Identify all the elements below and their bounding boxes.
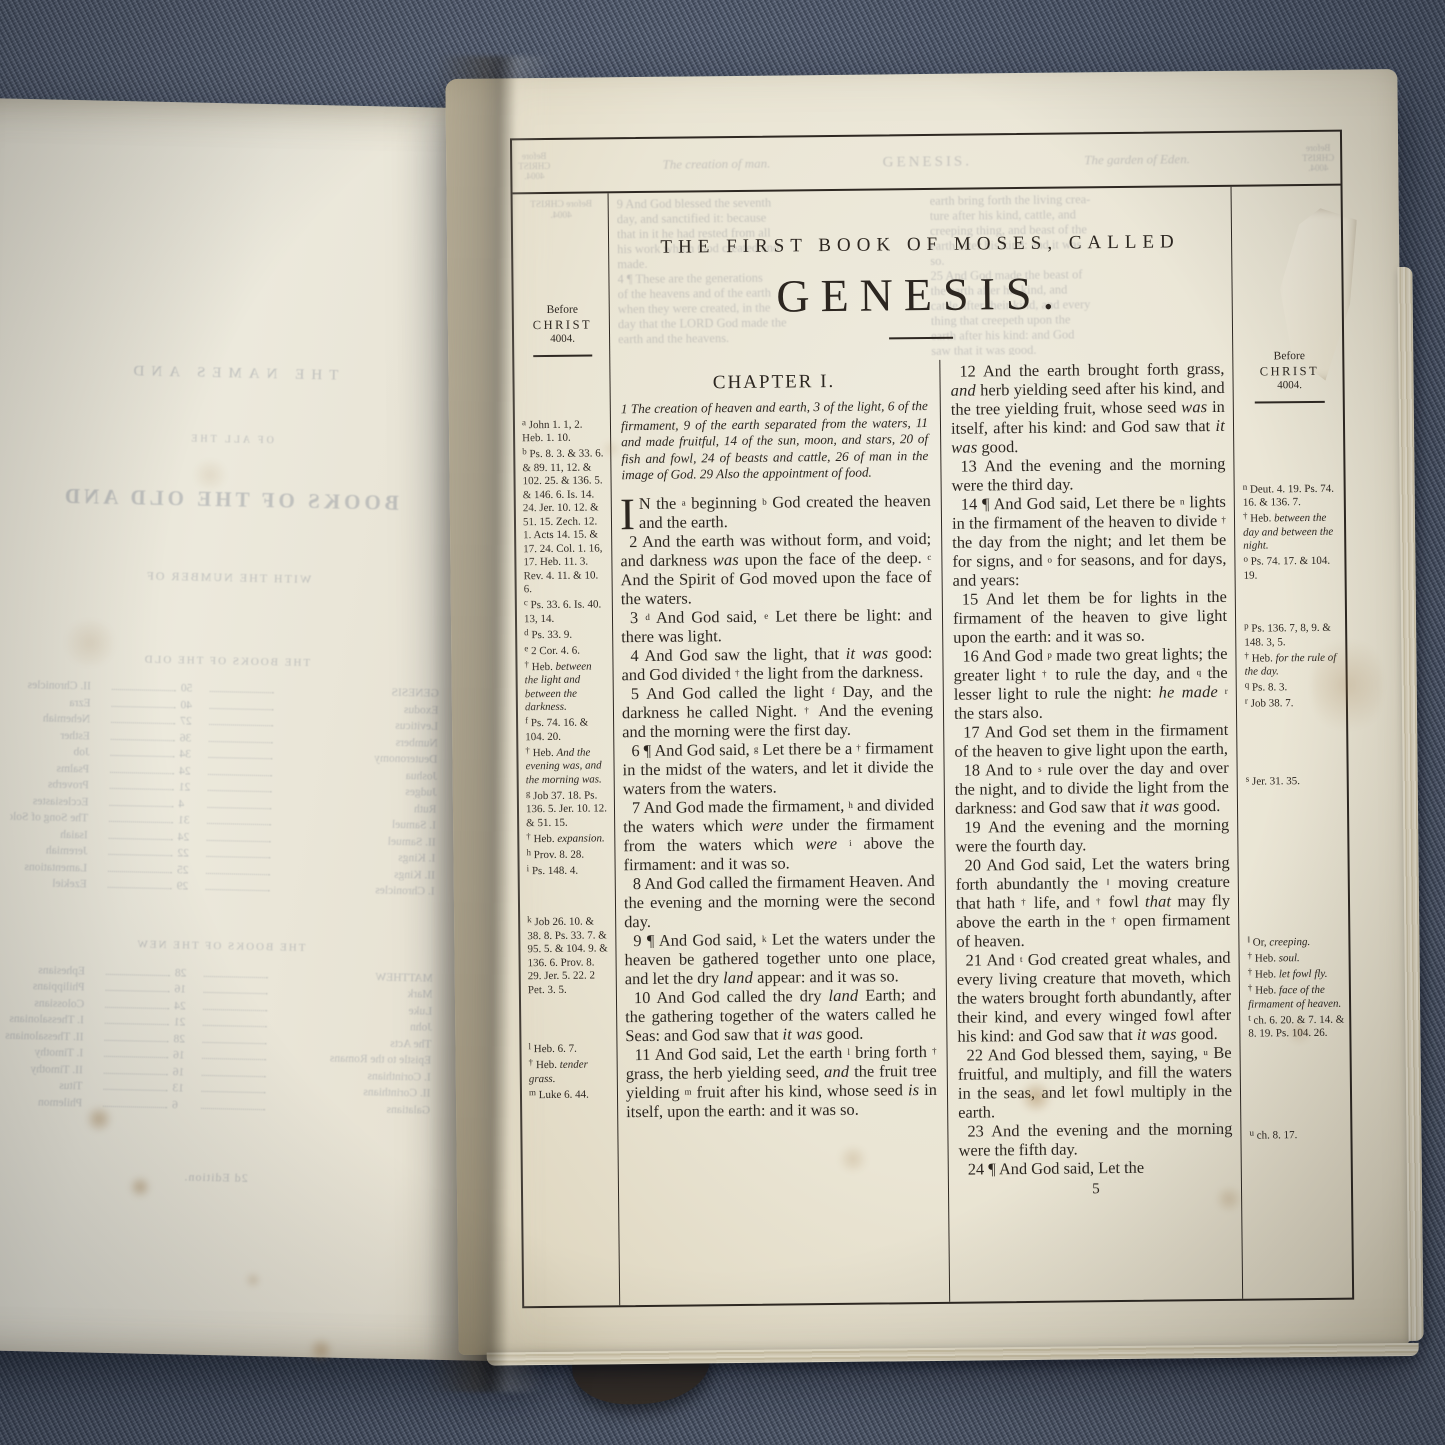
margin-reference: t ch. 6. 20. & 7. 14. & 8. 19. Ps. 104. …	[1248, 1013, 1344, 1041]
running-head-band: BeforeCHRIST4004. The creation of man. G…	[512, 132, 1341, 195]
verse: 16 And God p made two great lights; the …	[953, 644, 1228, 723]
ghost-running-head-center: GENESIS.	[883, 153, 973, 171]
page-edges-bottom	[487, 1343, 1419, 1366]
page-edges-right	[1397, 267, 1423, 1341]
verse: 21 And t God created great whales, and e…	[957, 948, 1232, 1046]
margin-reference: c Ps. 33. 6. Is. 40. 13, 14.	[524, 598, 607, 626]
margin-reference: † Heb. between the light and between the…	[524, 660, 608, 715]
verse: 23 And the evening and the morning were …	[958, 1119, 1232, 1160]
page-grid: Before CHRIST 4004. Before CHRIST 4004. …	[513, 186, 1353, 1307]
ghost-title-line: THE NAMES AND	[19, 361, 445, 387]
left-page-bleedthrough: THE NAMES AND OF ALL THE BOOKS OF THE OL…	[0, 361, 445, 1290]
margin-reference: l Heb. 6. 7.	[528, 1042, 611, 1056]
margin-reference: s Jer. 31. 35.	[1246, 774, 1342, 789]
text-column-1: CHAPTER I. 1 The creation of heaven and …	[610, 360, 950, 1305]
margin-reference: † Heb. expansion.	[526, 832, 609, 846]
margin-reference: p Ps. 136. 7, 8, 9. & 148. 3, 5.	[1244, 622, 1340, 650]
verse: 22 And God blessed them, saying, u Be fr…	[957, 1043, 1232, 1122]
right-page: BeforeCHRIST4004. The creation of man. G…	[445, 69, 1410, 1355]
verse: 5 And God called the light f Day, and th…	[622, 680, 934, 740]
ghost-bc-corner-right: BeforeCHRIST4004.	[1302, 143, 1334, 173]
page-header: 9 And God blessed the seventhday, and sa…	[609, 187, 1233, 364]
printed-frame: BeforeCHRIST4004. The creation of man. G…	[510, 130, 1354, 1309]
verse: 17 And God set them in the firmament of …	[954, 720, 1228, 761]
photo-scene: THE NAMES AND OF ALL THE BOOKS OF THE OL…	[0, 0, 1445, 1445]
verses-12-24: 12 And the earth brought forth grass, an…	[950, 359, 1233, 1179]
margin-reference: k Job 26. 10. & 38. 8. Ps. 33. 7. & 95. …	[527, 915, 611, 997]
margin-reference: a John 1. 1, 2. Heb. 1. 10.	[522, 418, 605, 446]
book-title: GENESIS.	[609, 265, 1232, 325]
chapter-heading: CHAPTER I.	[618, 370, 929, 395]
verse: 11 And God said, Let the earth l bring f…	[625, 1041, 937, 1120]
ghost-running-head-left: The creation of man.	[662, 156, 770, 173]
ghost-books-heading: BOOKS OF THE OLD AND	[17, 483, 443, 517]
verses-1-11: IN the a beginning b God created the hea…	[620, 490, 938, 1120]
margin-reference: m Luke 6. 44.	[529, 1088, 612, 1102]
margin-reference: h Prov. 8. 28.	[526, 848, 609, 862]
margin-reference: n Deut. 4. 19. Ps. 74. 16. & 136. 7.	[1243, 482, 1339, 510]
text-column-2: 12 And the earth brought forth grass, an…	[940, 357, 1242, 1302]
margin-reference: q Ps. 8. 3.	[1245, 681, 1341, 696]
ghost-running-head-right: The garden of Eden.	[1084, 151, 1190, 168]
verse: 13 And the evening and the morning were …	[951, 454, 1225, 495]
chapter-summary: 1 The creation of heaven and earth, 3 of…	[621, 398, 929, 484]
margin-reference: b Ps. 8. 3. & 33. 6. & 89. 11, 12. & 102…	[522, 447, 607, 596]
margin-reference: e 2 Cor. 4. 6.	[524, 644, 607, 658]
verse: 19 And the evening and the morning were …	[955, 815, 1229, 856]
verse: 20 And God said, Let the waters bring fo…	[956, 853, 1231, 951]
margin-reference: u ch. 8. 17.	[1249, 1128, 1345, 1143]
verse: 2 And the earth was without form, and vo…	[620, 528, 932, 607]
margin-reference: † Heb. face of the firmament of heaven.	[1248, 984, 1344, 1012]
verse: 12 And the earth brought forth grass, an…	[950, 359, 1225, 457]
verse: 9 ¶ And God said, k Let the waters under…	[624, 927, 936, 987]
margin-reference: † Heb. And the evening was, and the morn…	[525, 746, 608, 787]
margin-reference: o Ps. 74. 17. & 104. 19.	[1243, 555, 1339, 583]
margin-reference: † Heb. for the rule of the day.	[1244, 651, 1340, 679]
ghost-number-line: WITH THE NUMBER OF	[15, 566, 441, 590]
verse: 3 d And God said, e Let there be light: …	[621, 604, 932, 645]
ghost-bc-corner-left: BeforeCHRIST4004.	[518, 151, 550, 181]
margin-reference: ‖ Or, creeping.	[1247, 936, 1343, 951]
verse: 24 ¶ And God said, Let the	[959, 1157, 1233, 1179]
margin-reference: † Heb. soul.	[1248, 952, 1344, 967]
before-christ-label-left: Before CHRIST 4004.	[521, 303, 605, 356]
verse: 6 ¶ And God said, g Let there be a † fir…	[622, 737, 934, 797]
verse: 14 ¶ And God said, Let there be n lights…	[952, 492, 1227, 590]
verse: IN the a beginning b God created the hea…	[620, 490, 931, 531]
ghost-nt-caption: THE BOOKS OF THE NEW	[7, 935, 433, 956]
label-rule	[1255, 400, 1324, 403]
margin-reference: d Ps. 33. 9.	[524, 628, 607, 642]
margin-reference: f Ps. 74. 16. & 104. 20.	[525, 716, 608, 744]
verse: 10 And God called the dry land Earth; an…	[625, 984, 937, 1044]
left-margin-column: Before CHRIST 4004. Before CHRIST 4004. …	[513, 193, 621, 1306]
margin-references-right: n Deut. 4. 19. Ps. 74. 16. & 136. 7.† He…	[1243, 482, 1346, 1142]
ghost-edition-line: 2d Edition.	[3, 1166, 429, 1190]
ghost-nt-table: MATTHEW28Ephesians Mark16Philippians Luk…	[4, 961, 433, 1118]
verse: 7 And God made the firmament, h and divi…	[623, 794, 935, 873]
verse: 18 And to s rule over the day and over t…	[955, 758, 1230, 818]
ghost-ot-table: GENESIS50II. Chronicles Exodus40Ezra Lev…	[9, 677, 439, 900]
margin-references-left: a John 1. 1, 2. Heb. 1. 10.b Ps. 8. 3. &…	[522, 418, 612, 1102]
margin-reference: g Job 37. 18. Ps. 136. 5. Jer. 10. 12. &…	[526, 789, 609, 830]
margin-reference: † Heb. tender grass.	[529, 1058, 612, 1086]
margin-reference: † Heb. between the day and between the n…	[1243, 512, 1339, 554]
margin-reference: † Heb. let fowl fly.	[1248, 968, 1344, 983]
ghost-ot-caption: THE BOOKS OF THE OLD	[13, 651, 439, 672]
verse: 15 And let them be for lights in the fir…	[953, 587, 1228, 647]
verse: 8 And God called the firmament Heaven. A…	[624, 870, 936, 930]
margin-reference: r Job 38. 7.	[1245, 697, 1341, 712]
before-christ-label-right: Before CHRIST 4004.	[1241, 350, 1338, 404]
verse: 4 And God saw the light, that it was goo…	[621, 642, 932, 683]
margin-reference: i Ps. 148. 4.	[527, 864, 610, 878]
ghost-subtitle-line: OF ALL THE	[18, 430, 444, 450]
ghost-bc-margin-left: Before CHRIST 4004.	[520, 199, 603, 246]
right-margin-column: Before CHRIST 4004. n Deut. 4. 19. Ps. 7…	[1231, 186, 1353, 1299]
page-number: 5	[959, 1180, 1233, 1200]
label-rule	[533, 354, 593, 357]
